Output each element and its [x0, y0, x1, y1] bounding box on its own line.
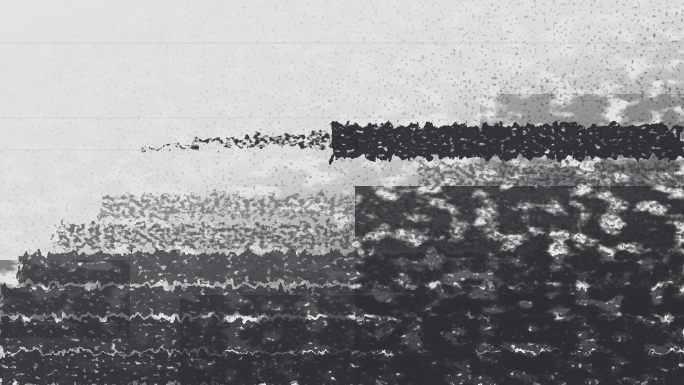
charcoal-streak-band [460, 78, 684, 102]
charcoal-streak-band [330, 125, 684, 158]
charcoal-streak-band [55, 224, 684, 249]
charcoal-streak-band [0, 287, 684, 315]
texture-canvas [0, 0, 684, 385]
light-fleck-row [380, 262, 684, 288]
grunge-texture-image [0, 0, 684, 385]
charcoal-streak-band [0, 353, 684, 385]
light-fleck-row [350, 194, 684, 224]
light-fleck-row [340, 326, 684, 346]
charcoal-streak-band [420, 164, 684, 188]
